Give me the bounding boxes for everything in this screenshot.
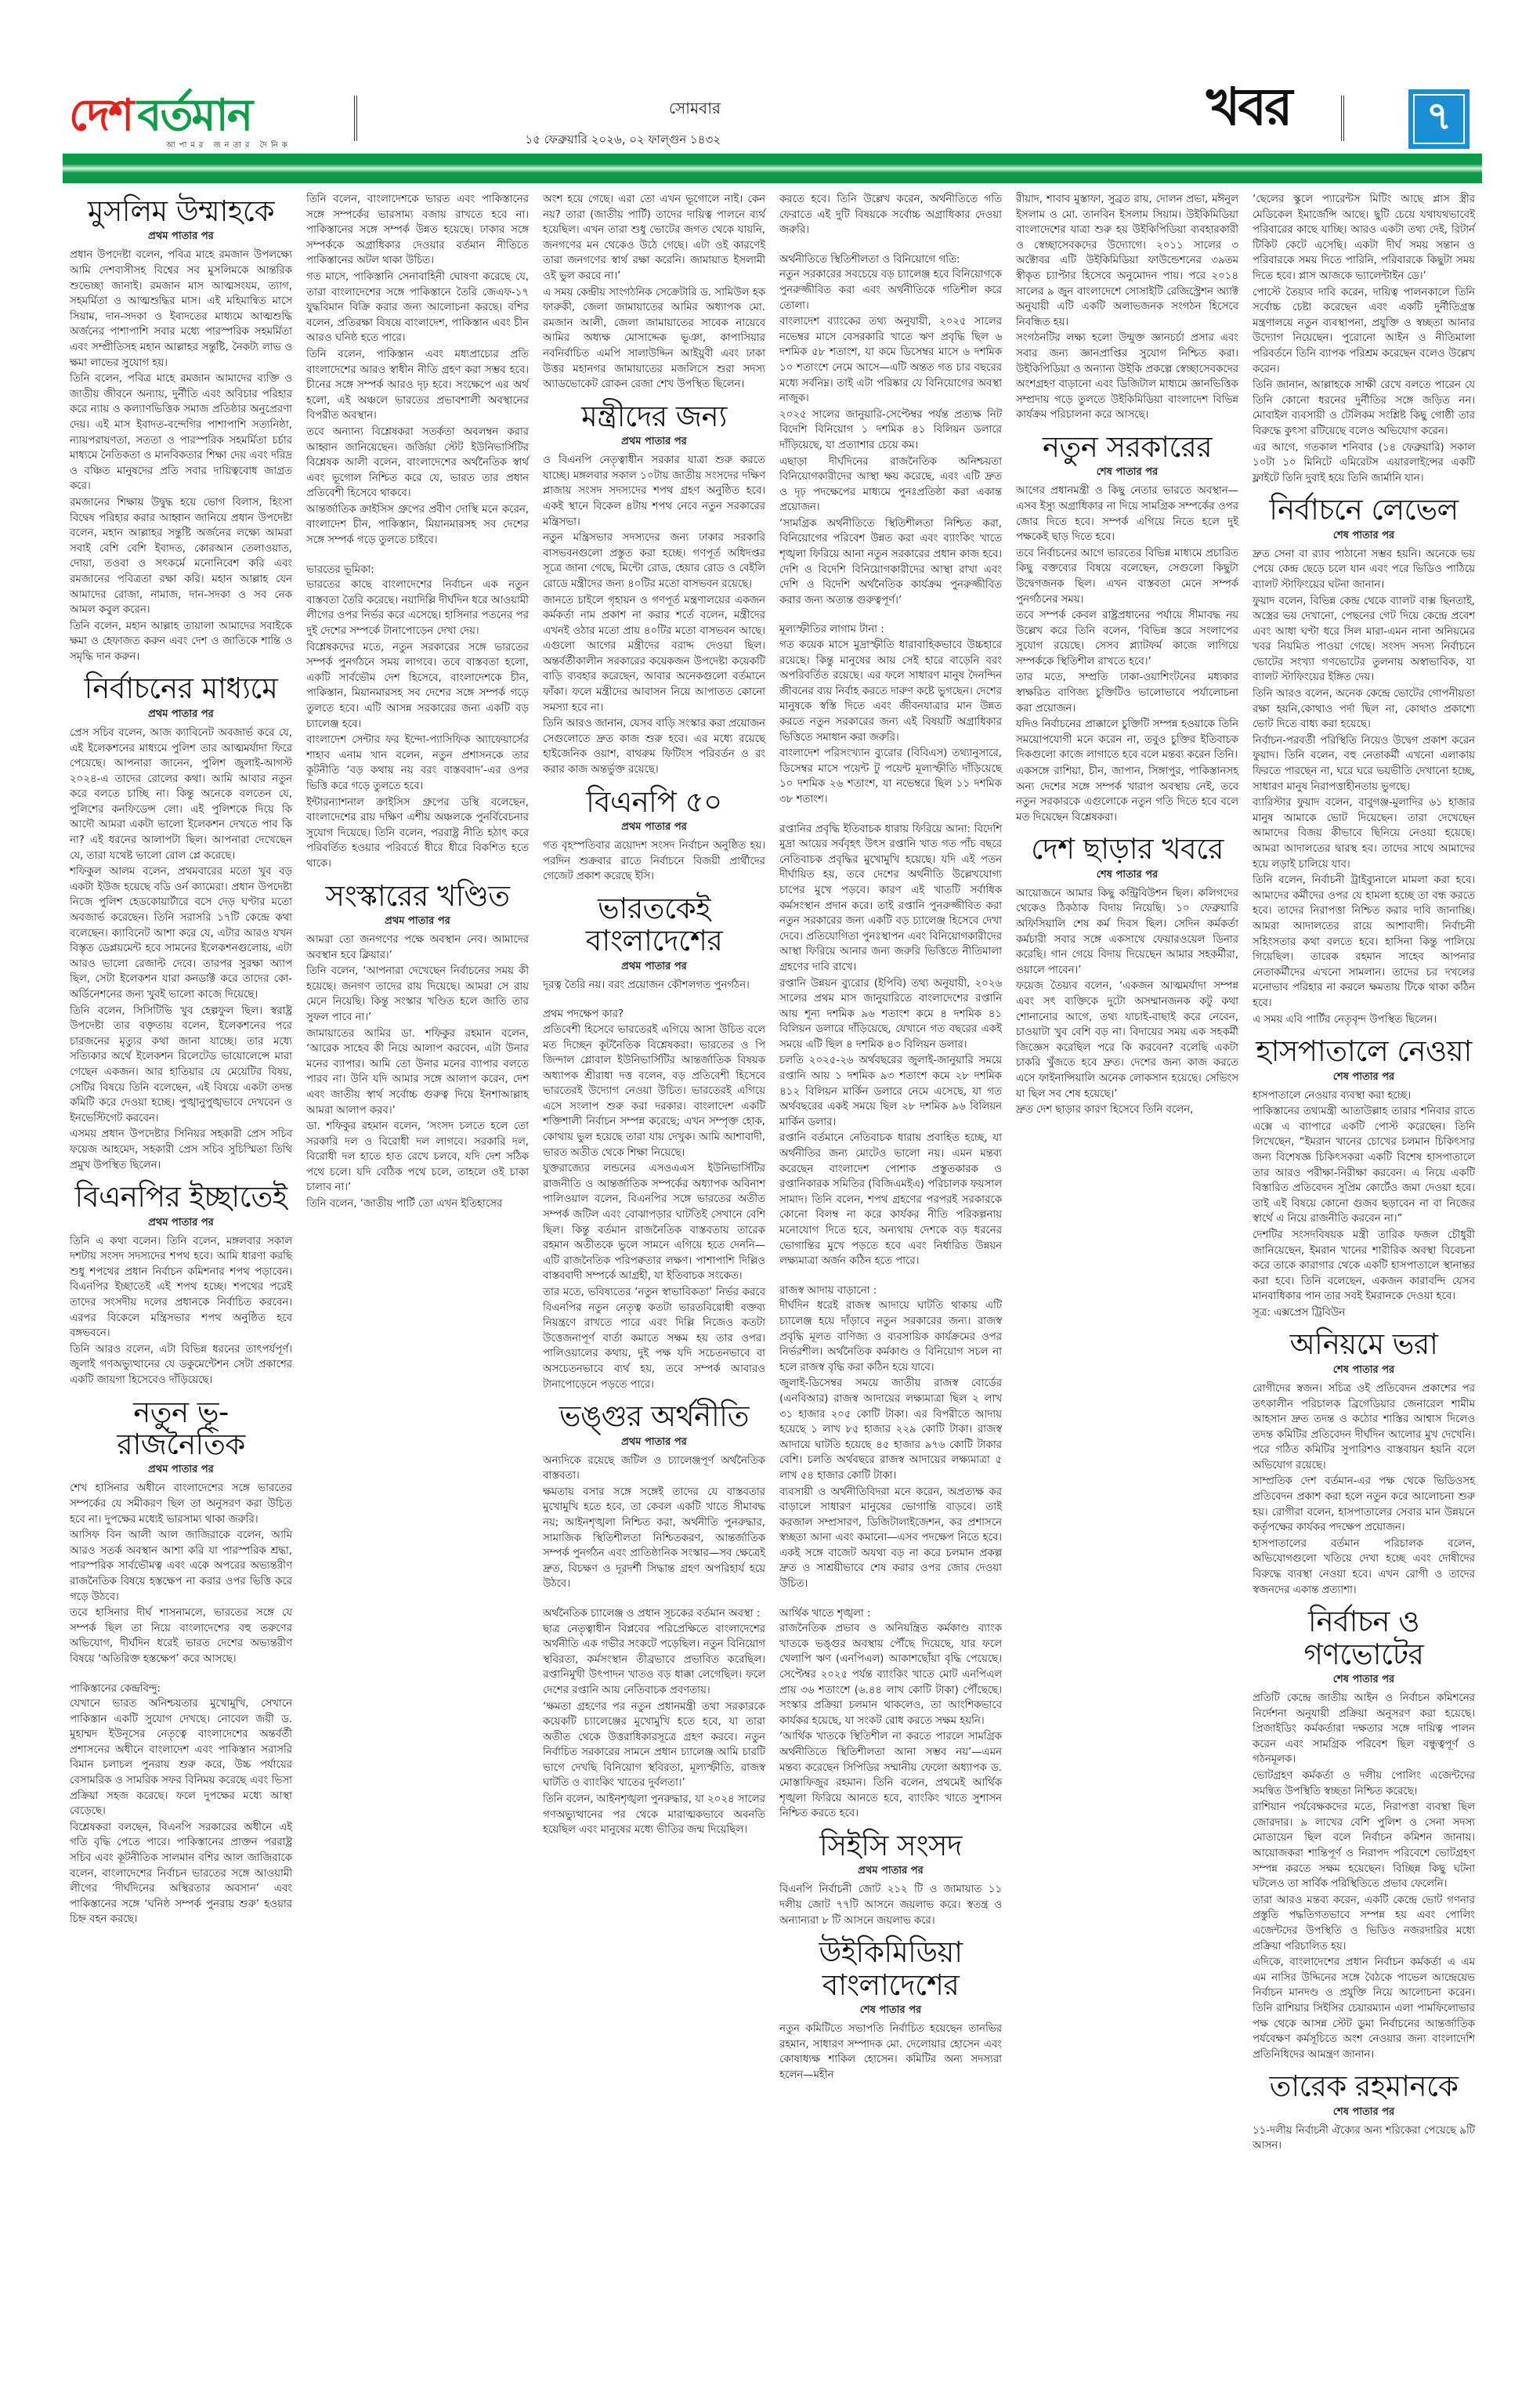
continued-from-label: শেষ পাতার পর — [1253, 1672, 1475, 1689]
news-story: তারেক রহমানকেশেষ পাতার পর১১-দলীয় নির্বা… — [1253, 2070, 1475, 2154]
story-paragraph: জামায়াতের আমির ডা. শফিকুর রহমান বলেন, ‘… — [306, 1026, 529, 1119]
story-paragraph: আসিফ বিন আলী আল জাজিরাকে বলেন, আমি আরও স… — [70, 1528, 292, 1605]
story-paragraph: প্রতিবেশী হিসেবে ভারতেরই এগিয়ে আসা উচিত… — [543, 1023, 765, 1160]
continued-from-label: শেষ পাতার পর — [1016, 465, 1238, 481]
news-story: অংশ হয়ে গেছে। এরা তো এখন ভূগোলে নাই। কে… — [543, 192, 765, 393]
continued-from-label: প্রথম পাতার পর — [543, 1435, 765, 1451]
story-headline[interactable]: নির্বাচনে লেভেল — [1253, 494, 1475, 526]
paragraph-gap — [779, 808, 1002, 822]
story-headline[interactable]: সিইসি সংসদ — [779, 1830, 1002, 1862]
news-story: দেশ ছাড়ার খবরেশেষ পাতার পরআয়োজনে আমার … — [1016, 833, 1238, 1117]
story-paragraph: আগের প্রধানমন্ত্রী ও কিছু নেতার ভারতে অব… — [1016, 483, 1238, 545]
story-paragraph: দ্রুত দেশ ছাড়ার কারণ হিসেবে তিনি বলেন, — [1016, 1102, 1238, 1118]
story-subheading: মূল্যস্ফীতির লাগাম টানা : — [779, 622, 1002, 638]
story-paragraph: রাজনৈতিক প্রভাব ও অনিয়ন্ত্রিত কর্মকাণ্ড… — [779, 1621, 1002, 1728]
story-paragraph: এর আগে, গতকাল শনিবার (১৪ ফেব্রুয়ারি) সক… — [1253, 440, 1475, 487]
story-paragraph: তার মতে, ভবিষ্যতের ‘নতুন স্বাভাবিকতা’ নি… — [543, 1285, 765, 1392]
header-green-rule — [63, 154, 1482, 183]
story-paragraph: এ সময় এবি পার্টির নেতৃবৃন্দ উপস্থিত ছিল… — [1253, 1012, 1475, 1028]
section-title: খবর — [1206, 81, 1290, 133]
story-paragraph: জুলাই-ডিসেম্বর সময়ে জাতীয় রাজস্ব বোর্ড… — [779, 1376, 1002, 1483]
news-story: বিএনপি ৫০প্রথম পাতার পরগত বৃহস্পতিবার ত্… — [543, 786, 765, 885]
continued-from-label: প্রথম পাতার পর — [70, 1215, 292, 1232]
logo-word-bartoman: বর্তমান — [137, 94, 251, 138]
news-story: সিইসি সংসদপ্রথম পাতার পরবিএনপি নির্বাচনী… — [779, 1830, 1002, 1928]
story-paragraph: নতুন কমিটিতে সভাপতি নির্বাচিত হয়েছেন তা… — [779, 2022, 1002, 2083]
column-4: করতে হবে। তিনি উল্লেখ করেন, অর্থনীতিতে গ… — [772, 192, 1009, 2394]
column-5: রীয়াদ, শাবাব মুস্তাফা, সুব্রত রায়, দোল… — [1009, 192, 1245, 2394]
story-headline[interactable]: বিএনপির ইচ্ছাতেই — [70, 1181, 292, 1213]
story-paragraph: করতে হবে। তিনি উল্লেখ করেন, অর্থনীতিতে গ… — [779, 192, 1002, 238]
section-divider — [1341, 96, 1344, 141]
story-paragraph: আন্তর্জাতিক ক্রাইসিস গ্রুপের প্রবীণ দোস্… — [306, 502, 529, 548]
story-subheading: অর্থনীতিতে স্থিতিশীলতা ও বিনিয়োগে গতি: — [779, 252, 1002, 268]
newspaper-tagline: আপামর জনতার দৈনিক — [166, 139, 291, 153]
story-paragraph: রপ্তানি উন্নয়ন ব্যুরোর (ইপিবি) তথ্য অনু… — [779, 976, 1002, 1053]
story-subheading: ভারতের ভূমিকা: — [306, 563, 529, 578]
story-paragraph: ডা. শফিকুর রহমান বলেন, ‘সংসদ চলতে হলে তো… — [306, 1119, 529, 1196]
continued-from-label: প্রথম পাতার পর — [779, 1863, 1002, 1880]
story-paragraph: তবে সম্পর্ক কেবল রাষ্ট্রপ্রধানের পর্যায়… — [1016, 608, 1238, 669]
story-paragraph: তিনি বলেন, সিসিটিভি খুব হেল্পফুল ছিল। স্… — [70, 1004, 292, 1127]
story-paragraph: বাংলাদেশ সেন্টার ফর ইন্দো-প্যাসিফিক অ্যা… — [306, 733, 529, 794]
story-paragraph: তিনি বলেন, আইনশৃঙ্খলা পুনরুদ্ধার, যা ২০২… — [543, 1792, 765, 1838]
news-story: নির্বাচনে লেভেলশেষ পাতার পরদ্রুত সেনা বা… — [1253, 494, 1475, 1027]
story-paragraph: বিশ্লেষকদের মতে, নতুন সরকারের সঙ্গে ভারত… — [306, 640, 529, 733]
story-headline[interactable]: দেশ ছাড়ার খবরে — [1016, 833, 1238, 865]
story-paragraph: ফুয়াদ বলেন, বিভিন্ন কেন্দ্র থেকে ব্যালট… — [1253, 594, 1475, 686]
news-story: তিনি বলেন, বাংলাদেশকে ভারত এবং পাকিস্তান… — [306, 192, 529, 872]
story-headline[interactable]: ভারতকেই বাংলাদেশের — [543, 892, 765, 957]
news-story: হাসপাতালে নেওয়াশেষ পাতার পরহাসপাতালে নে… — [1253, 1035, 1475, 1320]
story-paragraph: তবে অন্যান্য বিশ্লেষকরা সতর্কতা অবলম্বন … — [306, 425, 529, 501]
story-paragraph: এ সময় কেন্দ্রীয় সাংগঠনিক সেক্রেটারি ড.… — [543, 285, 765, 393]
story-subheading: রাজস্ব আদায় বাড়ানো : — [779, 1283, 1002, 1299]
story-headline[interactable]: অনিয়মে ভরা — [1253, 1328, 1475, 1360]
story-paragraph: তিনি বলেন, নির্বাচনী ট্রাইব্যুনালে মামলা… — [1253, 873, 1475, 1011]
column-6: ‘ছেলের স্কুলে প্যারেন্টস মিটিং আছে প্লাস… — [1245, 192, 1482, 2394]
story-headline[interactable]: মন্ত্রীদের জন্য — [543, 400, 765, 433]
story-paragraph: দীর্ঘদিন ধরেই রাজস্ব আদায়ে ঘাটতি থাকায়… — [779, 1298, 1002, 1375]
story-paragraph: তিনি বলেন, ‘জাতীয় পার্টি তো এখন ইতিহাসে… — [306, 1196, 529, 1212]
story-paragraph: এসময় প্রধান উপদেষ্টার সিনিয়র সহকারী প্… — [70, 1127, 292, 1173]
story-paragraph: তিনি বলেন, মহান আল্লাহ তায়ালা আমাদের সব… — [70, 619, 292, 665]
column-1: মুসলিম উম্মাহকেপ্রথম পাতার পরপ্রধান উপদে… — [63, 192, 299, 2394]
logo-word-desh: দেশ — [69, 94, 132, 138]
page-number-badge: ৭ — [1408, 89, 1470, 149]
story-paragraph: শফিকুল আলম বলেন, প্রথমবারের মতো খুব বড় … — [70, 864, 292, 1002]
story-paragraph: তিনি জানান, আল্লাহকে সাক্ষী রেখে বলতে পা… — [1253, 378, 1475, 439]
story-paragraph: ২০২৫ সালের জানুয়ারি-সেপ্টেম্বর পর্যন্ত … — [779, 407, 1002, 454]
story-paragraph: তবে নির্বাচনের আগে ভারতের বিভিন্ন মাধ্যম… — [1016, 546, 1238, 607]
story-paragraph: চলতি ২০২৫-২৬ অর্থবছরের জুলাই-জানুয়ারি স… — [779, 1053, 1002, 1130]
dateline: সোমবার ১৫ ফেব্রুয়ারি ২০২৬, ০২ ফাল্গুন ১… — [486, 97, 721, 150]
story-paragraph: তিনি বলেন, বাংলাদেশকে ভারত এবং পাকিস্তান… — [306, 192, 529, 269]
story-subheading: প্রথম পদক্ষেপ কার? — [543, 1007, 765, 1023]
story-paragraph: তিনি এ কথা বলেন। তিনি বলেন, মঙ্গলবার সকা… — [70, 1234, 292, 1341]
column-3: অংশ হয়ে গেছে। এরা তো এখন ভূগোলে নাই। কে… — [536, 192, 772, 2394]
news-story: করতে হবে। তিনি উল্লেখ করেন, অর্থনীতিতে গ… — [779, 192, 1002, 1822]
news-story: ভারতকেই বাংলাদেশেরপ্রথম পাতার পরদূরত্ব ত… — [543, 892, 765, 1392]
story-paragraph: একসঙ্গে রাশিয়া, চীন, জাপান, সিঙ্গাপুর, … — [1016, 764, 1238, 825]
story-paragraph: তবে হাসিনার দীর্ঘ শাসনামলে, ভারতের সঙ্গে… — [70, 1605, 292, 1667]
story-paragraph: বাংলাদেশ পরিসংখ্যান ব্যুরোর (বিবিএস) তথ্… — [779, 746, 1002, 807]
story-headline[interactable]: উইকিমিডিয়া বাংলাদেশের — [779, 1936, 1002, 2001]
story-paragraph: ভারতের কাছে বাংলাদেশের নির্বাচন এক নতুন … — [306, 577, 529, 639]
story-paragraph: বাংলাদেশ ব্যাংকের তথ্য অনুযায়ী, ২০২৫ সা… — [779, 314, 1002, 407]
story-headline[interactable]: মুসলিম উম্মাহকে — [70, 195, 292, 227]
story-paragraph: শেখ হাসিনার অধীনে বাংলাদেশের সঙ্গে ভারতে… — [70, 1481, 292, 1527]
story-paragraph: গত মাসে, পাকিস্তানি সেনাবাহিনী ঘোষণা করে… — [306, 270, 529, 346]
story-paragraph: সূত্র: এক্সপ্রেস ট্রিবিউন — [1253, 1305, 1475, 1321]
story-paragraph: যুক্তরাজ্যের লন্ডনের এসওএএস ইউনিভার্সিটি… — [543, 1161, 765, 1284]
story-paragraph: নতুন মন্ত্রিসভার সদস্যদের জন্য ঢাকার সরক… — [543, 530, 765, 592]
continued-from-label: প্রথম পাতার পর — [70, 707, 292, 723]
news-story: সংস্কারের খণ্ডিতপ্রথম পাতার পরআমরা তো জন… — [306, 880, 529, 1212]
story-paragraph: ১১-দলীয় নির্বাচনী ঐক্যের অন্য শরিকেরা প… — [1253, 2123, 1475, 2154]
story-paragraph: অন্যদিকে রয়েছে জটিল ও চ্যালেঞ্জপূর্ণ অর… — [543, 1453, 765, 1484]
story-paragraph: বিএনপি নির্বাচনী জোট ২১২ টি ও জামায়াত ১… — [779, 1882, 1002, 1928]
story-paragraph: তিনি বলেন, পাকিস্তান এবং মধ্যপ্রাচ্যের প… — [306, 347, 529, 424]
story-paragraph: সংগঠনটির লক্ষ্য হলো উন্মুক্ত জ্ঞানচর্চা … — [1016, 331, 1238, 423]
continued-from-label: প্রথম পাতার পর — [70, 1462, 292, 1479]
story-paragraph: তার মতে, সম্প্রতি ঢাকা-ওয়াশিংটনের মধ্যক… — [1016, 670, 1238, 716]
story-paragraph: এদিকে, বাংলাদেশের প্রধান নির্বাচন কর্মকর… — [1253, 1955, 1475, 2062]
news-story: নির্বাচনের মাধ্যমেপ্রথম পাতার পরপ্রেস সচ… — [70, 672, 292, 1173]
story-paragraph: ছাত্র নেতৃত্বাধীন বিপ্লবের পরিপ্রেক্ষিতে… — [543, 1622, 765, 1699]
story-paragraph: বিশ্লেষকরা বলছেন, বিএনপি সরকারের অধীনে এ… — [70, 1820, 292, 1927]
story-paragraph: দেশটির সংসদবিষয়ক মন্ত্রী তারিক ফজল চৌধু… — [1253, 1228, 1475, 1305]
news-story: রীয়াদ, শাবাব মুস্তাফা, সুব্রত রায়, দোল… — [1016, 192, 1238, 423]
news-story: অনিয়মে ভরাশেষ পাতার পররোগীদের স্বজন। সচ… — [1253, 1328, 1475, 1598]
continued-from-label: প্রথম পাতার পর — [543, 434, 765, 451]
article-columns: মুসলিম উম্মাহকেপ্রথম পাতার পরপ্রধান উপদে… — [63, 192, 1482, 2394]
news-story: ‘ছেলের স্কুলে প্যারেন্টস মিটিং আছে প্লাস… — [1253, 192, 1475, 486]
story-paragraph: ‘ছেলের স্কুলে প্যারেন্টস মিটিং আছে প্লাস… — [1253, 192, 1475, 284]
continued-from-label: শেষ পাতার পর — [1253, 528, 1475, 545]
story-paragraph: তিনি বলেন, ‘আপনারা দেখেছেন নির্বাচনের সম… — [306, 964, 529, 1025]
story-paragraph: তিনি আরও বলেন, এটা বিভিন্ন ধরনের তাৎপর্য… — [70, 1342, 292, 1388]
story-paragraph: রপ্তানি বর্তমানে নেতিবাচক ধারায় প্রবাহি… — [779, 1131, 1002, 1269]
continued-from-label: প্রথম পাতার পর — [70, 229, 292, 245]
news-story: নতুন ভূ-রাজনৈতিকপ্রথম পাতার পরশেখ হাসিনা… — [70, 1396, 292, 1928]
story-paragraph: দ্রুত সেনা বা র‍্যাব পাঠানো সম্ভব হয়নি।… — [1253, 547, 1475, 593]
story-paragraph: ক্ষমতায় বসার সঙ্গে সঙ্গেই তাদের যে বাস্… — [543, 1485, 765, 1592]
story-headline[interactable]: নতুন ভূ-রাজনৈতিক — [70, 1396, 292, 1461]
continued-from-label: প্রথম পাতার পর — [306, 914, 529, 930]
story-subheading: আর্থিক খাতে শৃঙ্খলা : — [779, 1606, 1002, 1622]
story-paragraph: ‘সামগ্রিক অর্থনীতিতে স্থিতিশীলতা নিশ্চিত… — [779, 516, 1002, 609]
story-paragraph: পোস্টে তৈয়্যব দাবি করেন, দায়িত্ব পালনক… — [1253, 285, 1475, 378]
continued-from-label: শেষ পাতার পর — [779, 2003, 1002, 2019]
masthead-divider — [354, 96, 357, 141]
story-paragraph: ও বিএনপি নেতৃত্বাধীন সরকার যাত্রা শুরু ক… — [543, 453, 765, 530]
story-paragraph: প্রেস সচিব বলেন, আজ ক্যাবিনেট অবজার্ভ কর… — [70, 726, 292, 863]
story-paragraph: প্রতিটি কেন্দ্রে জাতীয় আইন ও নির্বাচন ক… — [1253, 1691, 1475, 1768]
story-paragraph: নতুন সরকারের সবচেয়ে বড় চ্যালেঞ্জ হবে ব… — [779, 267, 1002, 313]
news-story: উইকিমিডিয়া বাংলাদেশেরশেষ পাতার পরনতুন ক… — [779, 1936, 1002, 2083]
column-2: তিনি বলেন, বাংলাদেশকে ভারত এবং পাকিস্তান… — [299, 192, 536, 2394]
publication-date: ১৫ ফেব্রুয়ারি ২০২৬, ০২ ফাল্গুন ১৪৩২ — [486, 131, 721, 150]
story-paragraph: ব্যবসায়ী ও অর্থনীতিবিদরা মনে করেন, অপ্র… — [779, 1485, 1002, 1592]
continued-from-label: শেষ পাতার পর — [1016, 867, 1238, 884]
continued-from-label: শেষ পাতার পর — [1253, 1070, 1475, 1086]
story-paragraph: অংশ হয়ে গেছে। এরা তো এখন ভূগোলে নাই। কে… — [543, 192, 765, 284]
story-headline[interactable]: নির্বাচন ও গণভোটের — [1253, 1605, 1475, 1670]
news-story: মুসলিম উম্মাহকেপ্রথম পাতার পরপ্রধান উপদে… — [70, 195, 292, 664]
story-headline[interactable]: বিএনপি ৫০ — [543, 786, 765, 818]
story-headline[interactable]: নির্বাচনের মাধ্যমে — [70, 672, 292, 704]
continued-from-label: প্রথম পাতার পর — [543, 820, 765, 836]
story-paragraph: গত কয়েক মাসে মুদ্রাস্ফীতি ধারাবাহিকভাবে… — [779, 638, 1002, 745]
story-paragraph: তিনি আরও বলেন, অনেক কেন্দ্রে ভোটের গোপনী… — [1253, 686, 1475, 733]
story-paragraph: রপ্তানির প্রবৃদ্ধি ইতিবাচক ধারায় ফিরিয়… — [779, 822, 1002, 975]
story-paragraph: রমজানের শিক্ষায় উদ্বুদ্ধ হয়ে ভোগ বিলাস… — [70, 495, 292, 618]
story-paragraph: এছাড়া দীর্ঘদিনের রাজনৈতিক অনিশ্চয়তা বি… — [779, 454, 1002, 516]
story-paragraph: সাম্প্রতিক দেশ বর্তমান-এর পক্ষ থেকে ভিডি… — [1253, 1474, 1475, 1535]
continued-from-label: প্রথম পাতার পর — [543, 959, 765, 975]
story-paragraph: প্রধান উপদেষ্টা বলেন, পবিত্র মাহে রমজান … — [70, 248, 292, 371]
news-story: নির্বাচন ও গণভোটেরশেষ পাতার পরপ্রতিটি কে… — [1253, 1605, 1475, 2062]
story-paragraph: আয়োজনে আমার কিছু কন্ট্রিবিউশন ছিল। কলিগ… — [1016, 886, 1238, 979]
story-headline[interactable]: হাসপাতালে নেওয়া — [1253, 1035, 1475, 1067]
weekday: সোমবার — [486, 97, 721, 123]
story-paragraph: পাকিস্তানের তথ্যমন্ত্রী আতাউল্লাহ তারার … — [1253, 1104, 1475, 1227]
story-paragraph: তিনি আরও জানান, যেসব বাড়ি সংস্কার করা প… — [543, 716, 765, 777]
story-paragraph: যদিও নির্বাচনের প্রাক্কালে চুক্তিটি সম্প… — [1016, 717, 1238, 763]
story-paragraph: রোগীদের স্বজন। সচিত্র ওই প্রতিবেদন প্রকা… — [1253, 1381, 1475, 1474]
story-paragraph: আমরা তো জনগণের পক্ষে অবস্থান নেব। আমাদের… — [306, 932, 529, 963]
story-paragraph: ভোটগ্রহণ কর্মকর্তা ও দলীয় পোলিং এজেন্টদ… — [1253, 1768, 1475, 1799]
story-paragraph: হাসপাতালের বর্তমান পরিচালক বলেন, অভিযোগগ… — [1253, 1536, 1475, 1598]
continued-from-label: শেষ পাতার পর — [1253, 2105, 1475, 2121]
story-paragraph: ব্যারিস্টার ফুয়াদ বলেন, বাবুগঞ্জ-মুলাদি… — [1253, 795, 1475, 872]
story-headline[interactable]: ভঙ্গুর অর্থনীতি — [543, 1400, 765, 1432]
masthead: দেশ বর্তমান আপামর জনতার দৈনিক সোমবার ১৫ … — [0, 0, 1540, 154]
story-subheading: অর্থনৈতিক চ্যালেঞ্জ ও প্রধান সূচকের বর্ত… — [543, 1606, 765, 1622]
story-headline[interactable]: সংস্কারের খণ্ডিত — [306, 880, 529, 912]
story-paragraph: গত বৃহস্পতিবার ত্রয়োদশ সংসদ নির্বাচন অন… — [543, 838, 765, 885]
news-story: বিএনপির ইচ্ছাতেইপ্রথম পাতার পরতিনি এ কথা… — [70, 1181, 292, 1388]
story-paragraph: তারা আরও মন্তব্য করেন, একটি কেন্দ্রে ভোট… — [1253, 1893, 1475, 1954]
story-paragraph: তিনি বলেন, পবিত্র মাহে রমজান আমাদের ব্যক… — [70, 371, 292, 494]
story-paragraph: নির্বাচন-পরবর্তী পরিস্থিতি নিয়েও উদ্বেগ… — [1253, 733, 1475, 794]
story-paragraph: জানতে চাইলে গৃহায়ন ও গণপূর্ত মন্ত্রণালয… — [543, 593, 765, 716]
story-subheading: পাকিস্তানের কেন্দ্রবিন্দু: — [70, 1681, 292, 1697]
news-story: মন্ত্রীদের জন্যপ্রথম পাতার পরও বিএনপি নে… — [543, 400, 765, 778]
newspaper-logo[interactable]: দেশ বর্তমান — [69, 88, 251, 138]
story-headline[interactable]: নতুন সরকারের — [1016, 431, 1238, 463]
story-paragraph: ফয়েজ তৈয়্যব বলেন, ‘একজন আত্মমর্যাদা সম… — [1016, 979, 1238, 1102]
continued-from-label: শেষ পাতার পর — [1253, 1363, 1475, 1379]
story-paragraph: ‘আর্থিক খাতকে স্থিতিশীল না করতে পারলে সা… — [779, 1729, 1002, 1822]
news-story: নতুন সরকারেরশেষ পাতার পরআগের প্রধানমন্ত্… — [1016, 431, 1238, 826]
story-paragraph: দূরত্ব তৈরি নয়। বরং প্রয়োজন কৌশলগত পুন… — [543, 978, 765, 994]
story-paragraph: ইন্টারন্যাশনাল ক্রাইসিস গ্রুপের ডস্থি বল… — [306, 795, 529, 872]
story-paragraph: রাশিয়ান পর্যবেক্ষকদের মতে, নিরাপত্তা ব্… — [1253, 1800, 1475, 1892]
story-paragraph: ‘ক্ষমতা গ্রহণের পর নতুন প্রধানমন্ত্রী তথ… — [543, 1699, 765, 1792]
story-headline[interactable]: তারেক রহমানকে — [1253, 2070, 1475, 2102]
news-story: ভঙ্গুর অর্থনীতিপ্রথম পাতার পরঅন্যদিকে রয… — [543, 1400, 765, 1838]
story-paragraph: হাসপাতালে নেওয়ার ব্যবস্থা করা হচ্ছে। — [1253, 1088, 1475, 1104]
story-paragraph: রীয়াদ, শাবাব মুস্তাফা, সুব্রত রায়, দোল… — [1016, 192, 1238, 330]
story-paragraph: যেখানে ভারত অনিশ্চয়তার মুখোমুখি, সেখানে… — [70, 1696, 292, 1819]
